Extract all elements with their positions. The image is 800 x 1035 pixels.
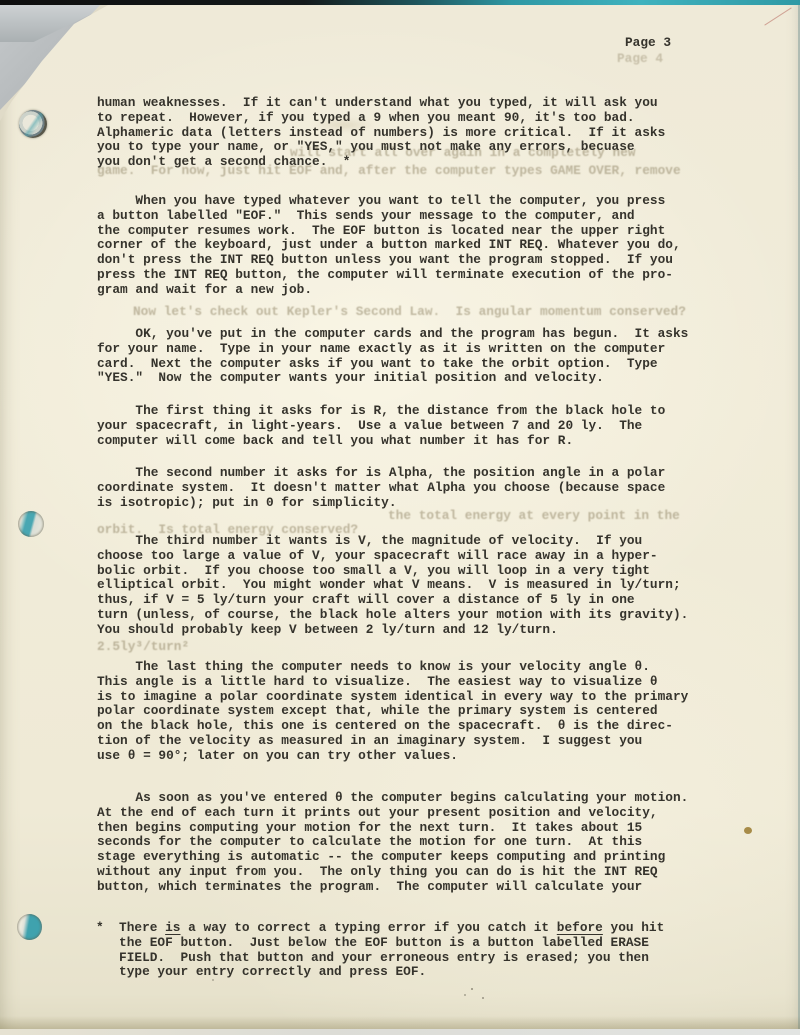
footnote-text: you hit (603, 920, 664, 935)
bleedthrough-text: 2.5ly³/turn² (97, 640, 189, 655)
paragraph-3: OK, you've put in the computer cards and… (97, 327, 688, 386)
paragraph-2: When you have typed whatever you want to… (97, 194, 681, 298)
footnote-text: a way to correct a typing error if you c… (180, 920, 556, 935)
scanner-top-edge (0, 0, 800, 5)
paragraph-6: The third number it wants is V, the magn… (97, 534, 688, 638)
paper-bottom-shadow (0, 1016, 800, 1029)
paragraph-8: As soon as you've entered θ the computer… (97, 791, 688, 895)
footnote-underlined-word: before (557, 920, 603, 935)
bleedthrough-page-number: Page 4 (617, 52, 663, 67)
bleedthrough-text: the total energy at every point in the (388, 509, 680, 524)
ink-speck (471, 988, 473, 990)
page-number: Page 3 (625, 36, 671, 51)
punch-hole-top (19, 110, 47, 138)
bleedthrough-text: Now let's check out Kepler's Second Law.… (133, 305, 686, 320)
scanned-document: { "page": { "label": "Page 3", "ghost_la… (0, 0, 800, 1035)
paragraph-5: The second number it asks for is Alpha, … (97, 466, 665, 510)
footnote-underlined-word: is (165, 920, 180, 935)
footnote: * There is a way to correct a typing err… (96, 921, 664, 980)
ink-speck (464, 994, 466, 996)
paragraph-7: The last thing the computer needs to kno… (97, 660, 688, 764)
scanner-bottom-edge (0, 1029, 800, 1035)
punch-hole-middle (18, 511, 44, 537)
stain-speck (744, 827, 752, 834)
ink-speck (482, 997, 484, 999)
footnote-marker-text: * There (96, 920, 165, 935)
paragraph-4: The first thing it asks for is R, the di… (97, 404, 665, 448)
paragraph-1: human weaknesses. If it can't understand… (97, 96, 665, 170)
footnote-text: the EOF button. Just below the EOF butto… (96, 935, 649, 980)
punch-hole-bottom (17, 914, 42, 940)
